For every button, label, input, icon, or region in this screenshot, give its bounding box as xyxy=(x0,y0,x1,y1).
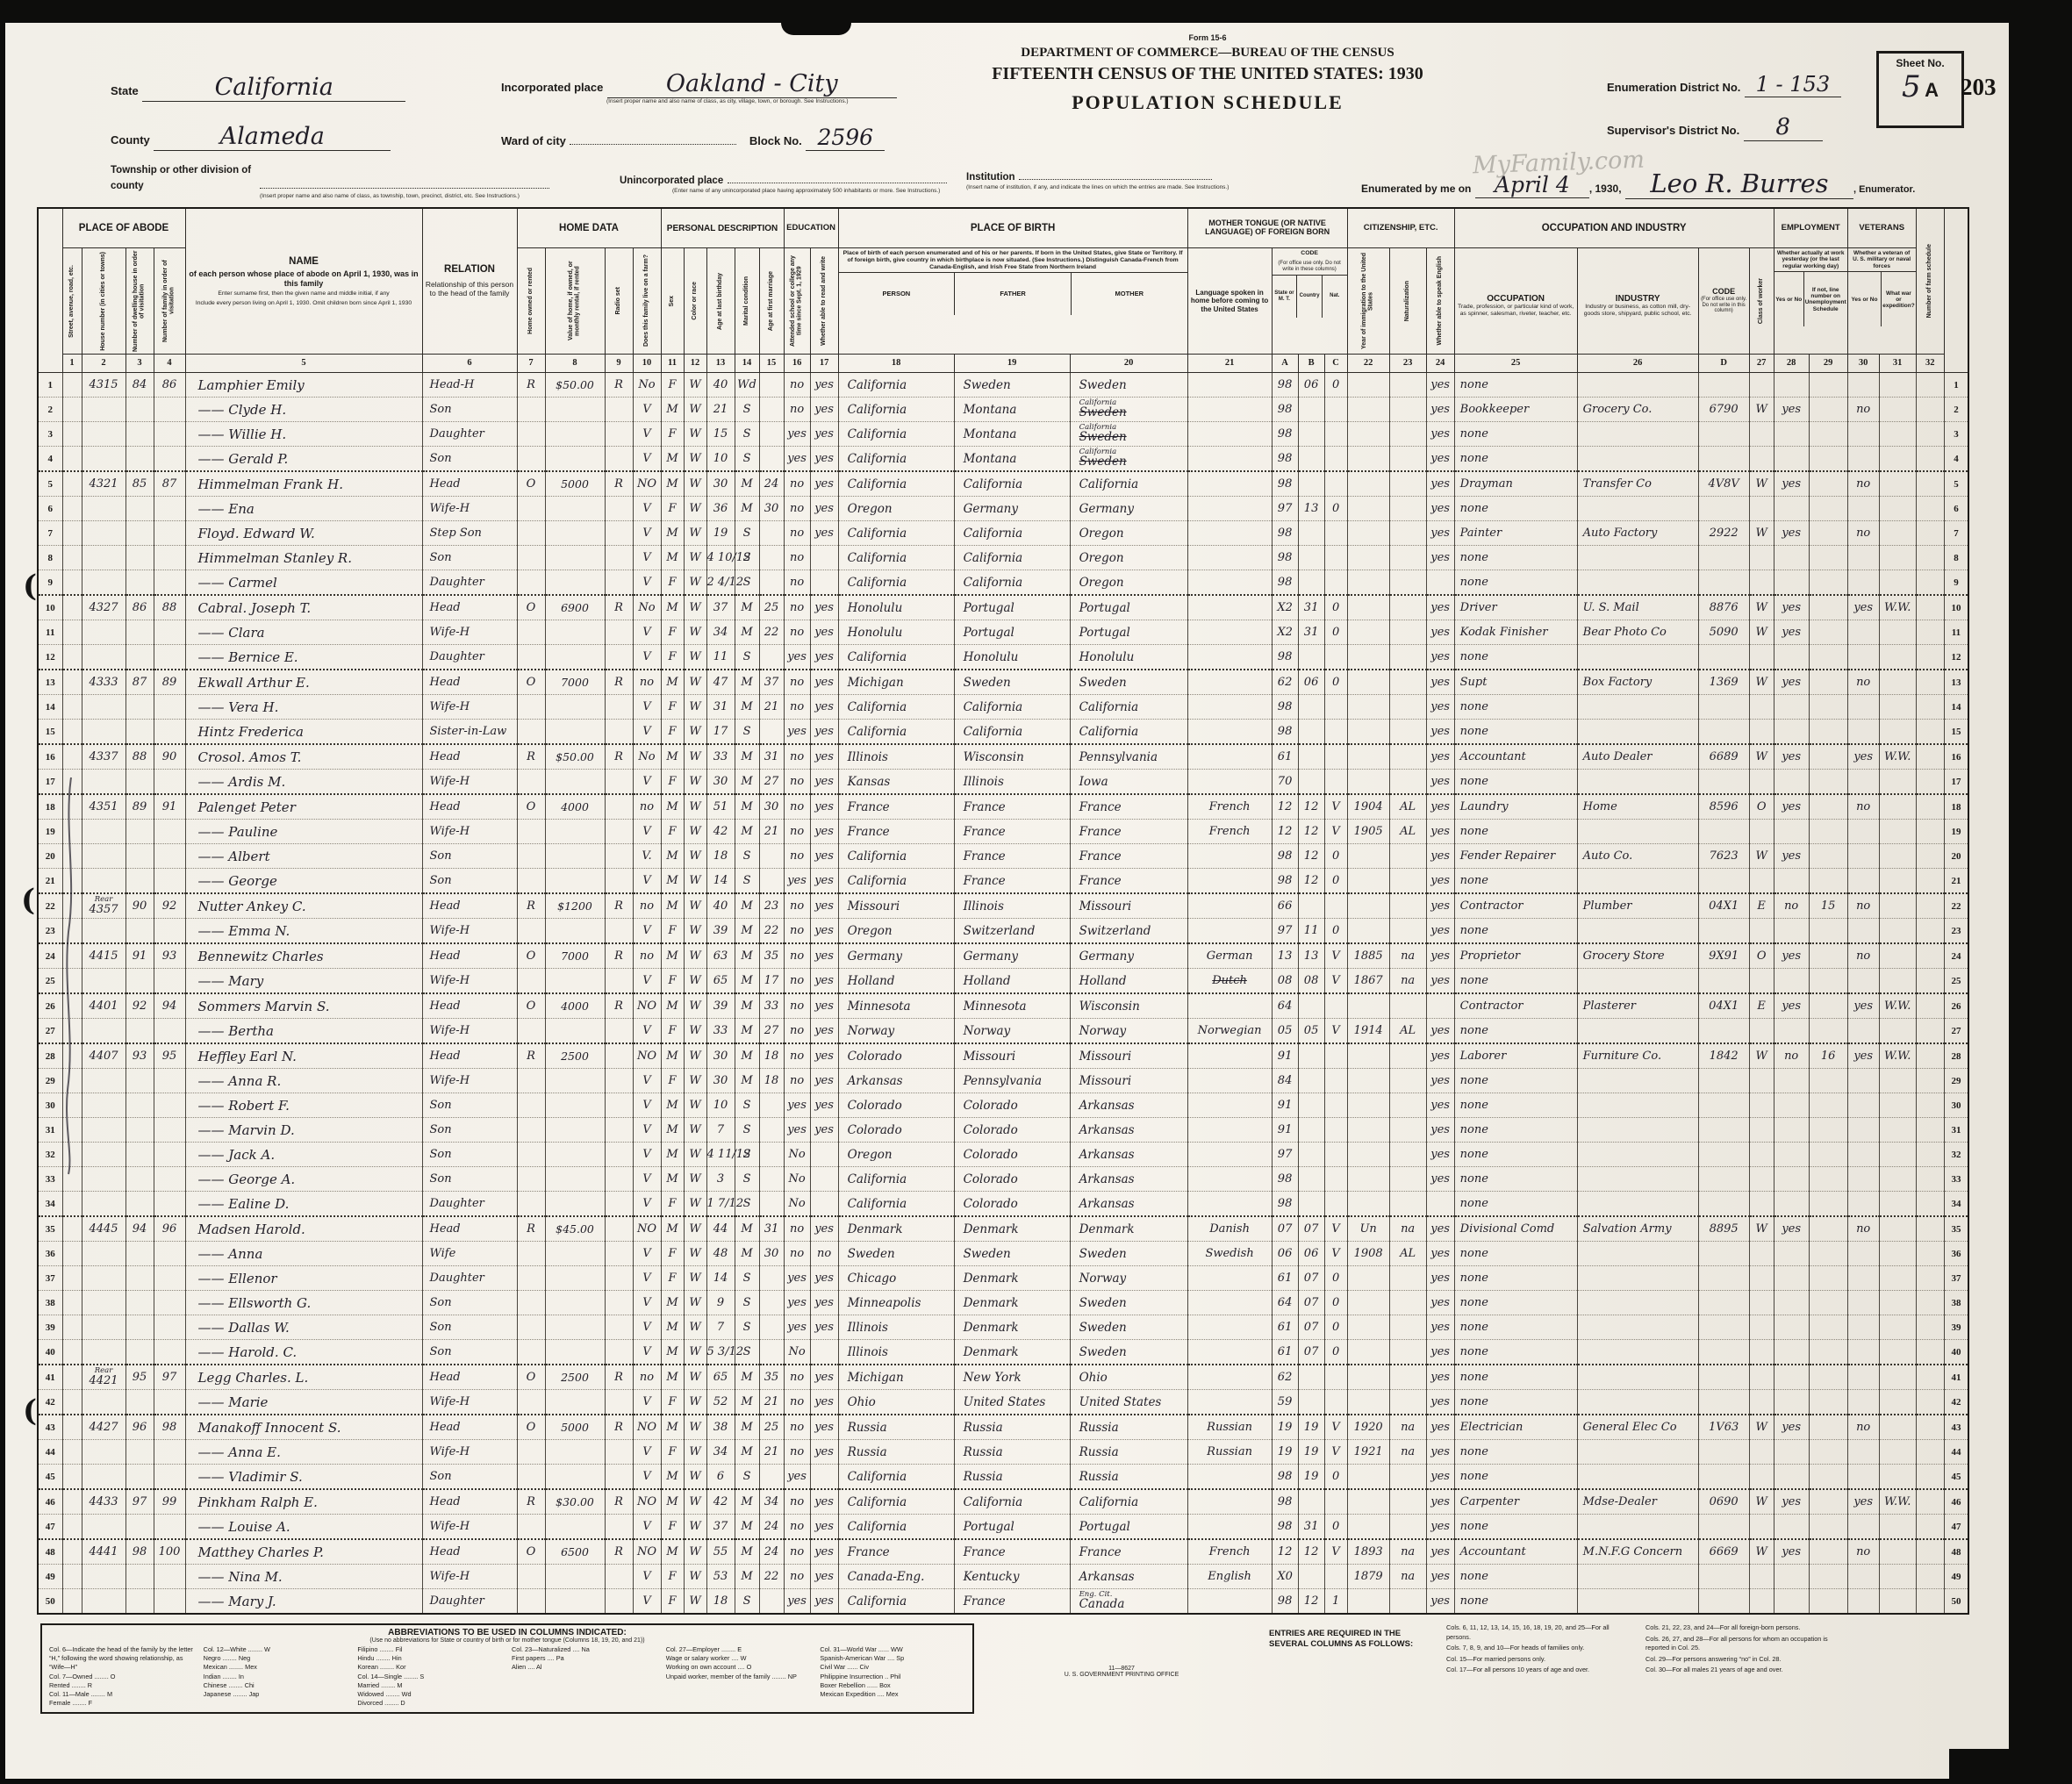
entry-cell xyxy=(1847,1465,1879,1490)
entry-cell xyxy=(1347,720,1389,745)
entry-cell: No xyxy=(784,1167,810,1192)
entry-cell xyxy=(605,645,633,670)
entry-cell: V xyxy=(1324,1440,1347,1465)
entry-cell xyxy=(517,1192,545,1217)
entry-cell: yes xyxy=(1426,943,1454,969)
entry-cell: yes xyxy=(784,1118,810,1143)
census-row: 32—— Jack A.SonVMW4 11/12SNoOregonColora… xyxy=(38,1143,1968,1167)
enumerator-label: , Enumerator. xyxy=(1853,184,1915,195)
entry-cell xyxy=(62,546,82,570)
entry-cell xyxy=(545,1315,605,1340)
entry-cell xyxy=(1347,1069,1389,1093)
entry-cell xyxy=(1698,770,1749,795)
entry-cell: 30 xyxy=(706,471,735,497)
entry-cell xyxy=(1698,1565,1749,1589)
col-11-header: Sex xyxy=(661,248,684,355)
entry-cell xyxy=(1298,546,1324,570)
col-29-header: If not, line number on Unemployment Sche… xyxy=(1804,272,1847,326)
entry-cell: W xyxy=(684,1489,706,1515)
entry-cell xyxy=(517,521,545,546)
entry-cell: V xyxy=(633,1093,661,1118)
entry-cell: 6500 xyxy=(545,1539,605,1565)
entry-cell xyxy=(517,720,545,745)
entry-cell xyxy=(125,1440,154,1465)
entry-cell xyxy=(605,695,633,720)
entry-cell xyxy=(82,1167,125,1192)
entry-cell xyxy=(545,1340,605,1365)
entry-cell: 52 xyxy=(706,1390,735,1415)
column-number: 11 xyxy=(661,355,684,373)
entry-cell: Denmark xyxy=(954,1216,1070,1242)
entry-cell: 04X1 xyxy=(1698,993,1749,1019)
entry-cell xyxy=(1577,1340,1698,1365)
entry-cell xyxy=(1389,1266,1426,1291)
entry-cell xyxy=(1389,1315,1426,1340)
entry-cell: CaliforniaSweden xyxy=(1070,447,1187,472)
entry-cell: none xyxy=(1454,1589,1577,1615)
entry-cell xyxy=(1389,1589,1426,1615)
entry-cell: 89 xyxy=(154,670,185,695)
entry-cell: no xyxy=(633,943,661,969)
entry-cell: yes xyxy=(810,720,838,745)
entry-cell xyxy=(154,447,185,472)
entry-cell: California xyxy=(954,695,1070,720)
entry-cell xyxy=(1879,1167,1916,1192)
census-row: 34—— Ealine D.DaughterVFW1 7/12SNoCalifo… xyxy=(38,1192,1968,1217)
entry-cell xyxy=(62,820,82,844)
entry-cell xyxy=(1577,1565,1698,1589)
entry-cell: 4333 xyxy=(82,670,125,695)
entry-cell: 15 xyxy=(706,422,735,447)
entry-cell: M xyxy=(661,943,684,969)
entry-cell xyxy=(1298,1043,1324,1069)
entry-cell xyxy=(517,1440,545,1465)
entry-cell xyxy=(62,1093,82,1118)
entry-cell xyxy=(1187,447,1272,472)
entry-cell: 1 xyxy=(1324,1589,1347,1615)
entry-cell: W xyxy=(684,1565,706,1589)
entry-cell: M xyxy=(661,1043,684,1069)
entry-cell xyxy=(1809,744,1847,770)
entry-cell: 4V8V xyxy=(1698,471,1749,497)
employment-subheader: Whether actually at work yesterday (or t… xyxy=(1774,248,1847,355)
entry-cell xyxy=(1577,1069,1698,1093)
entry-cell: Portugal xyxy=(1070,1515,1187,1540)
abbreviations-column: Col. 31—World War ...... WWSpanish-Ameri… xyxy=(820,1645,965,1708)
line-number: 48 xyxy=(38,1539,62,1565)
entry-cell xyxy=(1847,373,1879,398)
line-number: 50 xyxy=(38,1589,62,1615)
entry-cell xyxy=(1347,521,1389,546)
group-mother-tongue: MOTHER TONGUE (OR NATIVE LANGUAGE) OF FO… xyxy=(1187,208,1347,248)
entry-cell: yes xyxy=(1426,720,1454,745)
entry-cell: Arkansas xyxy=(1070,1167,1187,1192)
entry-cell xyxy=(605,620,633,645)
entry-cell: W xyxy=(684,1315,706,1340)
entry-cell: 94 xyxy=(154,993,185,1019)
entry-cell xyxy=(1847,1515,1879,1540)
line-number: 43 xyxy=(38,1415,62,1440)
entry-cell xyxy=(517,1019,545,1044)
column-number: 30 xyxy=(1847,355,1879,373)
line-number: 47 xyxy=(1944,1515,1968,1540)
entry-cell xyxy=(759,1167,784,1192)
entry-cell xyxy=(1187,497,1272,521)
entry-cell: Colorado xyxy=(838,1043,954,1069)
entry-cell: Head xyxy=(422,993,517,1019)
col-7-header: Home owned or rented xyxy=(517,248,545,355)
entry-cell: F xyxy=(661,645,684,670)
line-number: 28 xyxy=(38,1043,62,1069)
entry-cell: Missouri xyxy=(1070,1043,1187,1069)
entry-cell: yes xyxy=(810,1539,838,1565)
entry-cell: V xyxy=(633,1465,661,1490)
entry-cell xyxy=(605,969,633,994)
col-8-header: Value of home, if owned, or monthly rent… xyxy=(545,248,605,355)
entry-cell xyxy=(517,969,545,994)
line-number: 4 xyxy=(38,447,62,472)
entry-cell: W.W. xyxy=(1879,993,1916,1019)
entry-cell xyxy=(1879,893,1916,919)
entry-cell: 98 xyxy=(1272,844,1298,869)
entry-cell: 4337 xyxy=(82,744,125,770)
line-number: 43 xyxy=(1944,1415,1968,1440)
entry-cell xyxy=(517,1266,545,1291)
entry-cell xyxy=(1916,422,1944,447)
entry-cell: na xyxy=(1389,1216,1426,1242)
entry-cell xyxy=(605,1118,633,1143)
entry-cell xyxy=(1347,570,1389,596)
entry-cell xyxy=(154,969,185,994)
entry-cell xyxy=(1916,1440,1944,1465)
entry-cell xyxy=(1916,720,1944,745)
entry-cell: Daughter xyxy=(422,1589,517,1615)
entry-cell xyxy=(1324,471,1347,497)
code-abc-header: CODE (For office use only. Do not write … xyxy=(1272,248,1347,355)
entry-cell xyxy=(1324,570,1347,596)
entry-cell: no xyxy=(784,893,810,919)
entry-cell: yes xyxy=(810,969,838,994)
entry-cell: NO xyxy=(633,1043,661,1069)
entry-cell xyxy=(1774,1515,1809,1540)
col-22-header: Year of immigration to the United States xyxy=(1347,248,1389,355)
entry-cell xyxy=(1879,1390,1916,1415)
entry-cell xyxy=(1347,645,1389,670)
entry-cell: Accountant xyxy=(1454,1539,1577,1565)
entry-cell: Michigan xyxy=(838,1365,954,1390)
entry-cell xyxy=(605,1242,633,1266)
entry-cell: 4445 xyxy=(82,1216,125,1242)
code-a-header: State or M. T. xyxy=(1273,276,1298,318)
entry-cell: V xyxy=(633,422,661,447)
entry-cell xyxy=(1389,447,1426,472)
entry-cell xyxy=(759,447,784,472)
entry-cell: 51 xyxy=(706,794,735,820)
entry-cell: 6790 xyxy=(1698,398,1749,422)
entry-cell xyxy=(1324,1069,1347,1093)
entry-cell xyxy=(1324,398,1347,422)
entry-cell xyxy=(62,1365,82,1390)
entry-cell xyxy=(1389,670,1426,695)
entry-cell xyxy=(1847,1565,1879,1589)
entry-cell: no xyxy=(1847,943,1879,969)
entry-cell xyxy=(1916,1489,1944,1515)
entry-cell: Arkansas xyxy=(1070,1143,1187,1167)
entry-cell xyxy=(154,1069,185,1093)
entry-cell: 06 xyxy=(1298,373,1324,398)
entry-cell: 65 xyxy=(706,969,735,994)
entry-cell: Illinois xyxy=(838,744,954,770)
col-32-header: Number of farm schedule xyxy=(1916,208,1944,355)
entry-cell: 4327 xyxy=(82,595,125,620)
entry-cell: Head xyxy=(422,893,517,919)
entry-cell: V xyxy=(633,620,661,645)
line-number: 42 xyxy=(38,1390,62,1415)
entry-cell: NO xyxy=(633,1539,661,1565)
entry-cell: 2922 xyxy=(1698,521,1749,546)
census-row: 27—— BerthaWife-HVFW33M27noyesNorwayNorw… xyxy=(38,1019,1968,1044)
entry-cell xyxy=(1809,1365,1847,1390)
entry-cell: no xyxy=(784,919,810,944)
entry-cell: W xyxy=(684,447,706,472)
entry-cell: no xyxy=(784,546,810,570)
entry-cell xyxy=(1749,1390,1774,1415)
entry-cell: Iowa xyxy=(1070,770,1187,795)
entry-cell: yes xyxy=(810,794,838,820)
entry-cell xyxy=(810,1167,838,1192)
entry-cell xyxy=(1347,1043,1389,1069)
entry-cell: $50.00 xyxy=(545,744,605,770)
entry-cell: S xyxy=(735,1465,759,1490)
entry-cell: W xyxy=(1749,744,1774,770)
entry-cell: no xyxy=(784,1019,810,1044)
entry-cell xyxy=(62,1242,82,1266)
entry-cell xyxy=(517,398,545,422)
entry-cell: 07 xyxy=(1298,1315,1324,1340)
entry-cell xyxy=(62,720,82,745)
entry-cell: no xyxy=(784,1515,810,1540)
line-number: 15 xyxy=(38,720,62,745)
entry-cell xyxy=(1698,1589,1749,1615)
entry-cell xyxy=(125,1589,154,1615)
entry-cell xyxy=(1577,570,1698,596)
entry-cell: W xyxy=(684,1192,706,1217)
entry-cell xyxy=(1577,1465,1698,1490)
page-stamp: 203 xyxy=(1961,74,1997,101)
entry-cell: yes xyxy=(1426,373,1454,398)
entry-cell: 98 xyxy=(1272,1167,1298,1192)
entry-cell xyxy=(1916,1365,1944,1390)
column-number: C xyxy=(1324,355,1347,373)
entry-cell: 34 xyxy=(759,1489,784,1515)
entry-cell: 19 xyxy=(1272,1440,1298,1465)
entry-cell: none xyxy=(1454,969,1577,994)
census-row: 7Floyd. Edward W.Step SonVMW19SnoyesCali… xyxy=(38,521,1968,546)
entry-cell xyxy=(62,1315,82,1340)
entry-cell xyxy=(1879,546,1916,570)
entry-cell xyxy=(545,1465,605,1490)
entry-cell xyxy=(154,1019,185,1044)
entry-cell xyxy=(1916,1043,1944,1069)
entry-cell xyxy=(1187,1192,1272,1217)
entry-cell: no xyxy=(1847,1415,1879,1440)
entry-cell xyxy=(605,1440,633,1465)
entry-cell xyxy=(545,1167,605,1192)
entry-cell: E xyxy=(1749,993,1774,1019)
entry-cell: Proprietor xyxy=(1454,943,1577,969)
column-number: 3 xyxy=(125,355,154,373)
entry-cell xyxy=(1347,1365,1389,1390)
entry-cell: V xyxy=(1324,969,1347,994)
entry-cell xyxy=(1577,1315,1698,1340)
entry-cell xyxy=(605,1465,633,1490)
col-23-header: Naturalization xyxy=(1389,248,1426,355)
entry-cell: Ohio xyxy=(1070,1365,1187,1390)
entry-cell: no xyxy=(633,670,661,695)
census-row: 8Himmelman Stanley R.SonVMW4 10/12SnoCal… xyxy=(38,546,1968,570)
entry-cell xyxy=(1389,1365,1426,1390)
entry-cell: 23 xyxy=(759,893,784,919)
entry-cell: 07 xyxy=(1298,1340,1324,1365)
entry-cell: 87 xyxy=(154,471,185,497)
entry-cell: M xyxy=(735,1019,759,1044)
entry-cell xyxy=(1809,1118,1847,1143)
entry-cell: 0 xyxy=(1324,373,1347,398)
entry-cell xyxy=(1809,497,1847,521)
entry-cell: 05 xyxy=(1272,1019,1298,1044)
entry-cell: 21 xyxy=(706,398,735,422)
entry-cell: W xyxy=(684,620,706,645)
entry-cell: 30 xyxy=(759,497,784,521)
entry-cell: Bennewitz Charles xyxy=(185,943,422,969)
entry-cell xyxy=(1749,422,1774,447)
entry-cell: F xyxy=(661,1266,684,1291)
entry-cell xyxy=(125,1093,154,1118)
entry-cell: yes xyxy=(1426,1216,1454,1242)
line-number: 8 xyxy=(1944,546,1968,570)
entry-cell xyxy=(1916,570,1944,596)
entry-cell xyxy=(1774,422,1809,447)
entry-cell: W xyxy=(684,1167,706,1192)
line-number: 37 xyxy=(38,1266,62,1291)
entry-cell: 7000 xyxy=(545,670,605,695)
entry-cell: R xyxy=(605,893,633,919)
census-row: 41Rear44219597Legg Charles. L.HeadO2500R… xyxy=(38,1365,1968,1390)
entry-cell xyxy=(62,373,82,398)
entry-cell: none xyxy=(1454,820,1577,844)
entry-cell: 36 xyxy=(706,497,735,521)
entry-cell xyxy=(1389,570,1426,596)
entry-cell xyxy=(517,1315,545,1340)
entry-cell: M xyxy=(661,869,684,894)
entry-cell: M xyxy=(661,1143,684,1167)
entry-cell: Portugal xyxy=(1070,595,1187,620)
entry-cell: Son xyxy=(422,1291,517,1315)
entry-cell: 98 xyxy=(1272,447,1298,472)
entry-cell: Norwegian xyxy=(1187,1019,1272,1044)
entry-cell xyxy=(62,1291,82,1315)
entry-cell: —— Gerald P. xyxy=(185,447,422,472)
entry-cell xyxy=(1298,893,1324,919)
unincorporated-field: Unincorporated place (Enter name of any … xyxy=(620,172,947,194)
entry-cell: R xyxy=(605,670,633,695)
entry-cell xyxy=(1187,1291,1272,1315)
entry-cell: 07 xyxy=(1272,1216,1298,1242)
line-number: 40 xyxy=(38,1340,62,1365)
line-number: 19 xyxy=(38,820,62,844)
entry-cell: —— Ealine D. xyxy=(185,1192,422,1217)
entry-cell: V xyxy=(633,869,661,894)
entry-cell xyxy=(1879,1093,1916,1118)
entry-cell: none xyxy=(1454,1167,1577,1192)
entry-cell: no xyxy=(784,695,810,720)
entry-cell xyxy=(1847,1242,1879,1266)
entry-cell xyxy=(1847,1390,1879,1415)
entry-cell: Pinkham Ralph E. xyxy=(185,1489,422,1515)
entry-cell xyxy=(1749,1291,1774,1315)
entry-cell: yes xyxy=(1426,869,1454,894)
entry-cell: Laborer xyxy=(1454,1043,1577,1069)
entry-cell: O xyxy=(517,670,545,695)
entry-cell: yes xyxy=(810,844,838,869)
entry-cell: W xyxy=(684,645,706,670)
column-number: A xyxy=(1272,355,1298,373)
entry-cell xyxy=(1426,1192,1454,1217)
entry-cell: 93 xyxy=(125,1043,154,1069)
entry-cell xyxy=(1389,497,1426,521)
col-19-header: FATHER xyxy=(955,273,1072,315)
entry-cell: yes xyxy=(1426,521,1454,546)
entry-cell: Montana xyxy=(954,447,1070,472)
entry-cell xyxy=(1298,770,1324,795)
entry-cell xyxy=(1879,497,1916,521)
entry-cell: W xyxy=(684,844,706,869)
entry-cell: Head xyxy=(422,1539,517,1565)
entry-cell xyxy=(1324,521,1347,546)
entry-cell: 27 xyxy=(759,1019,784,1044)
entry-cell xyxy=(1916,373,1944,398)
entry-cell xyxy=(125,1340,154,1365)
entry-cell: W xyxy=(684,1515,706,1540)
entry-cell: yes xyxy=(810,645,838,670)
sheet-label: Sheet No. xyxy=(1879,57,1961,69)
entry-cell xyxy=(1774,1291,1809,1315)
entry-cell xyxy=(62,645,82,670)
entry-cell xyxy=(517,546,545,570)
entry-cell xyxy=(759,1143,784,1167)
entry-cell: 1893 xyxy=(1347,1539,1389,1565)
entry-cell: yes xyxy=(1774,1489,1809,1515)
entry-cell xyxy=(1749,570,1774,596)
col-24-header: Whether able to speak English xyxy=(1426,248,1454,355)
entry-cell: Bookkeeper xyxy=(1454,398,1577,422)
entry-cell: Danish xyxy=(1187,1216,1272,1242)
entry-cell: 5 3/12 xyxy=(706,1340,735,1365)
entry-cell: 98 xyxy=(1272,570,1298,596)
entry-cell xyxy=(82,398,125,422)
entry-cell: Kansas xyxy=(838,770,954,795)
entry-cell: Pennsylvania xyxy=(954,1069,1070,1093)
entry-cell: M xyxy=(735,1515,759,1540)
entry-cell: W xyxy=(684,993,706,1019)
entry-cell xyxy=(1847,844,1879,869)
entry-cell xyxy=(1698,869,1749,894)
column-number: 7 xyxy=(517,355,545,373)
entry-cell xyxy=(1916,1315,1944,1340)
entry-cell xyxy=(517,1242,545,1266)
entry-cell xyxy=(1577,1019,1698,1044)
entry-cell: No xyxy=(633,595,661,620)
